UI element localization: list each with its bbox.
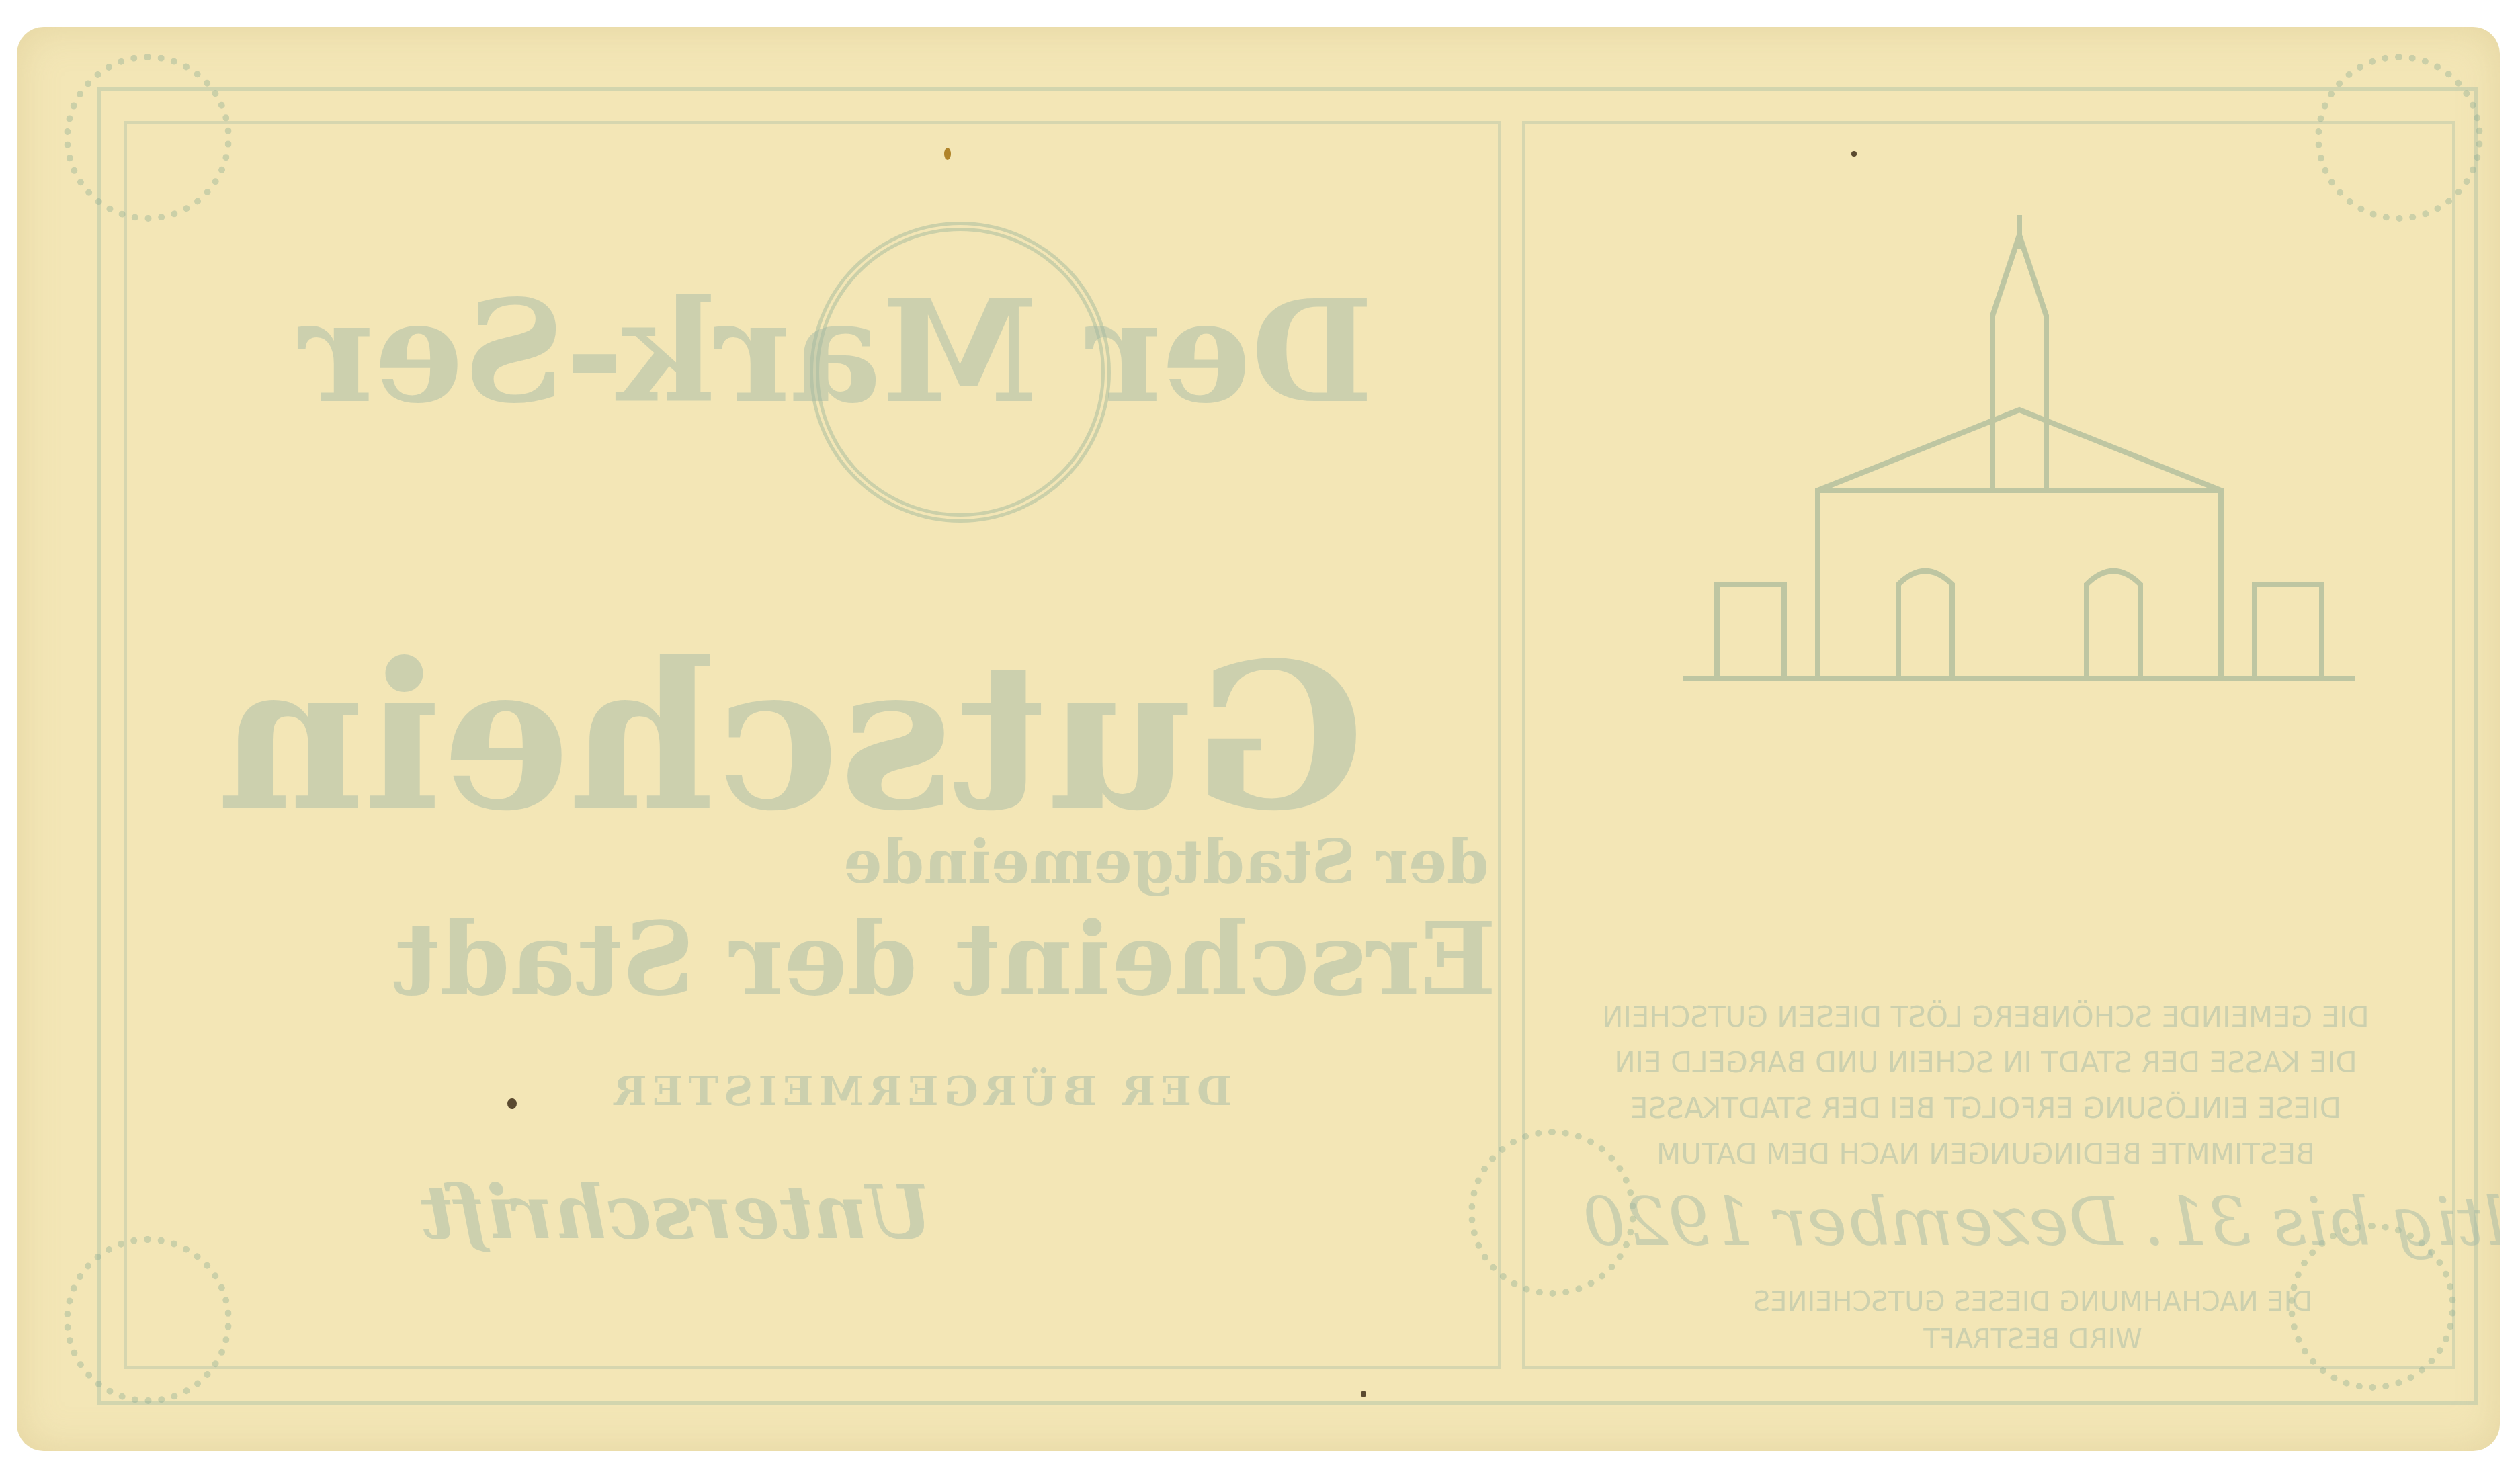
banknote-paper: Der Mark-Ser Gutschein der Stadtgemeinde… bbox=[17, 27, 2500, 1451]
warning-line: DIE NACHAHMUNG DIESES GUTSCHEINES bbox=[1643, 1283, 2423, 1321]
corner-rosette-icon bbox=[64, 1236, 232, 1404]
terms-line: DIE GEMEINDE SCHÖNBERG LÖST DIESEN GUTSC… bbox=[1536, 994, 2436, 1040]
terms-line: DIE KASSE DER STADT IN SCHEIN UND BARGEL… bbox=[1536, 1040, 2436, 1086]
paper-blemish bbox=[1361, 1391, 1366, 1397]
corner-rosette-icon bbox=[64, 54, 232, 222]
corner-rosette-icon bbox=[2315, 54, 2483, 222]
terms-line: DIESE EINLÖSUNG ERFOLGT BEI DER STADTKAS… bbox=[1536, 1086, 2436, 1131]
counterfeit-warning: DIE NACHAHMUNG DIESES GUTSCHEINES WIRD B… bbox=[1643, 1283, 2423, 1358]
terms-block: DIE GEMEINDE SCHÖNBERG LÖST DIESEN GUTSC… bbox=[1536, 994, 2436, 1177]
paper-blemish bbox=[507, 1098, 517, 1109]
church-vignette-icon bbox=[1616, 208, 2423, 779]
terms-line: BESTIMMTE BEDINGUNGEN NACH DEM DATUM bbox=[1536, 1131, 2436, 1177]
warning-line: WIRD BESTRAFT bbox=[1643, 1321, 2423, 1358]
header-text: Der Mark-Ser bbox=[299, 269, 1374, 435]
paper-blemish bbox=[944, 148, 951, 160]
signature: Unterschrift bbox=[420, 1169, 931, 1256]
title-text: Gutschein bbox=[218, 618, 1365, 855]
paper-blemish bbox=[1851, 151, 1857, 157]
subtitle-text: der Stadtgemeinde bbox=[843, 826, 1489, 898]
validity-text: Gültig bis 31. Dezember 1920 bbox=[1583, 1182, 2500, 1261]
mayor-label: DER BÜRGERMEISTER bbox=[608, 1068, 1232, 1115]
issuer-text: Erscheint der Stadt bbox=[393, 900, 1497, 1018]
